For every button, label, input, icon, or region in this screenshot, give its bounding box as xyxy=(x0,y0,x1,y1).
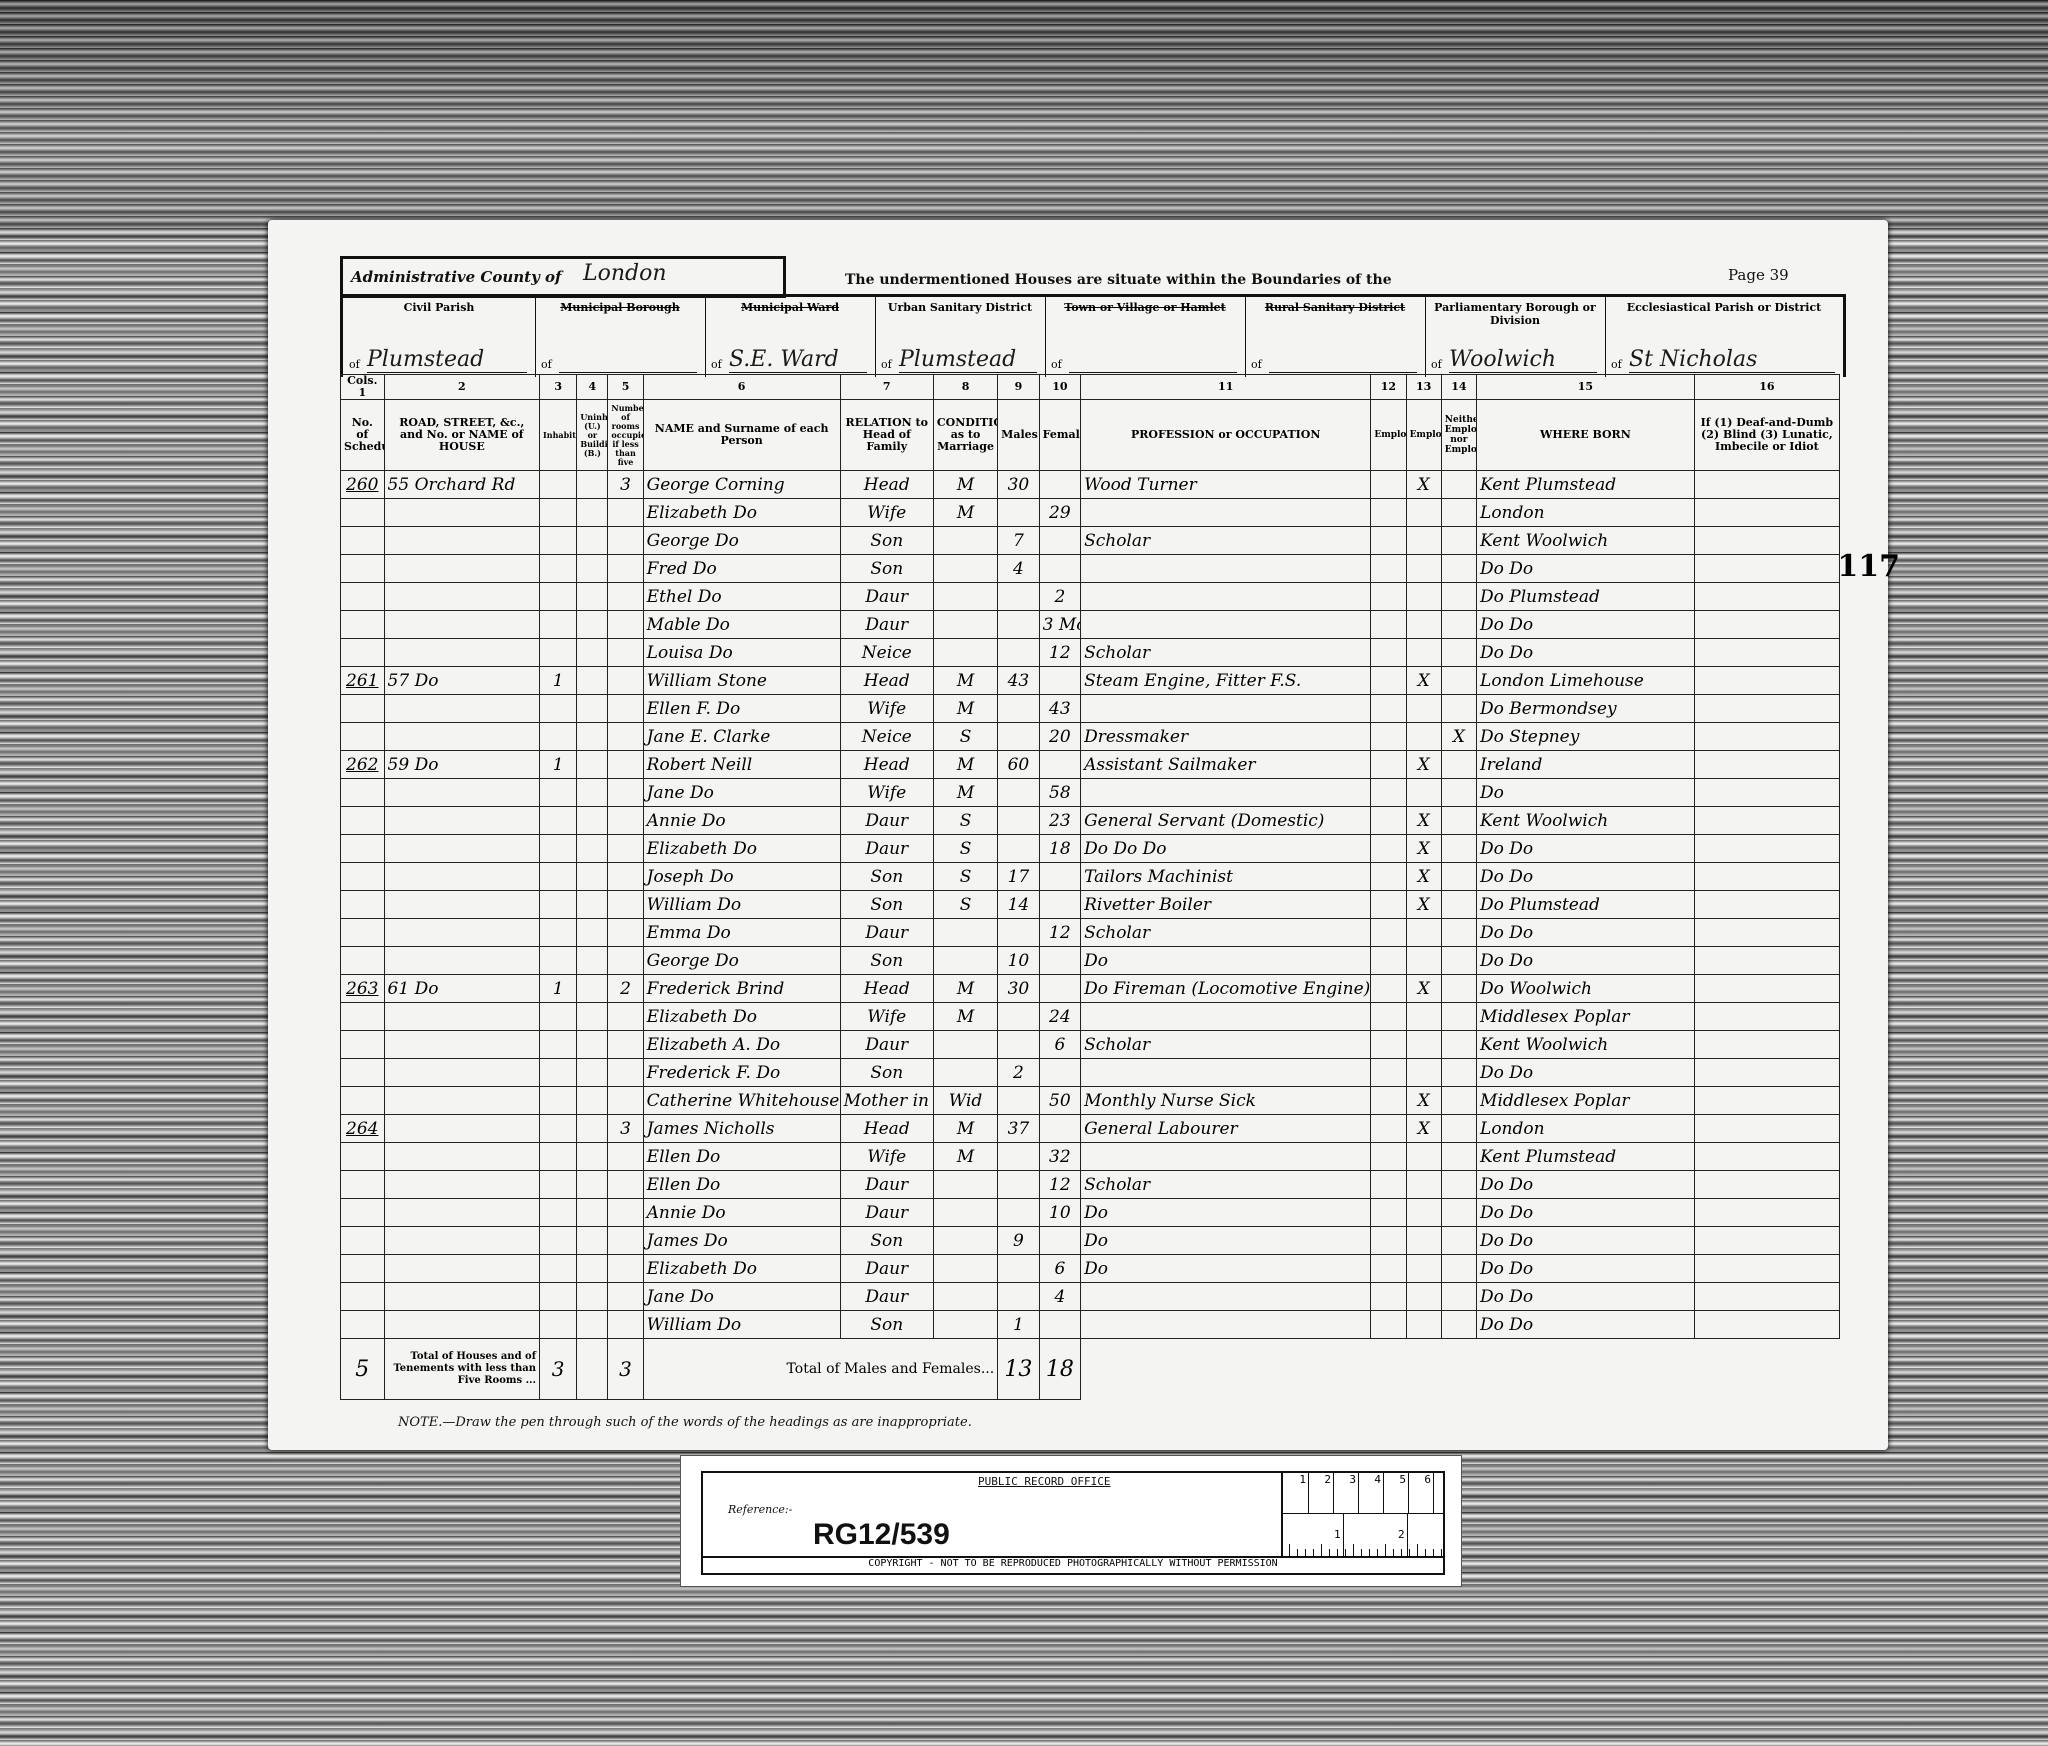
cell-condition xyxy=(933,919,997,947)
cell-occupation: Scholar xyxy=(1081,919,1371,947)
area-parliamentary-borough-or-division: Parliamentary Borough or DivisionofWoolw… xyxy=(1425,297,1606,377)
cell-born: London xyxy=(1477,1115,1695,1143)
cell-female-age xyxy=(1039,863,1080,891)
cell-employed xyxy=(1406,947,1441,975)
cell-infirmity xyxy=(1694,1059,1839,1087)
cell-condition xyxy=(933,1283,997,1311)
ruler-inch-label: 1 xyxy=(1334,1528,1341,1541)
cell-occupation xyxy=(1081,1003,1371,1031)
table-row: 2643James NichollsHeadM37General Laboure… xyxy=(341,1115,1840,1143)
cell-uninhabited xyxy=(577,1227,608,1255)
cell-name: Catherine Whitehouse xyxy=(643,1087,840,1115)
cell-born: Do Do xyxy=(1477,1283,1695,1311)
of-prefix: of xyxy=(1611,358,1622,371)
cell-male-age: 37 xyxy=(998,1115,1039,1143)
cell-neither xyxy=(1441,611,1476,639)
table-row: George DoSon7ScholarKent Woolwich xyxy=(341,527,1840,555)
cell-male-age xyxy=(998,1171,1039,1199)
cell-employer xyxy=(1371,1227,1406,1255)
area-label: Rural Sanitary District xyxy=(1245,301,1425,314)
cell-address xyxy=(384,695,539,723)
cell-born: Kent Woolwich xyxy=(1477,1031,1695,1059)
cell-name: Annie Do xyxy=(643,807,840,835)
of-prefix: of xyxy=(1251,358,1262,371)
cell-condition xyxy=(933,1199,997,1227)
cell-rooms xyxy=(608,611,643,639)
cell-schedule xyxy=(341,807,385,835)
cell-infirmity xyxy=(1694,1255,1839,1283)
cell-uninhabited xyxy=(577,667,608,695)
cell-female-age: 3 Mo xyxy=(1039,611,1080,639)
cell-occupation: Wood Turner xyxy=(1081,471,1371,499)
area-label: Ecclesiastical Parish or District xyxy=(1605,301,1843,314)
cell-rooms xyxy=(608,919,643,947)
cell-male-age: 43 xyxy=(998,667,1039,695)
cell-schedule xyxy=(341,1311,385,1339)
cell-address xyxy=(384,555,539,583)
cell-name: Elizabeth Do xyxy=(643,1255,840,1283)
cell-condition xyxy=(933,527,997,555)
area-label: Civil Parish xyxy=(343,301,535,314)
cell-uninhabited xyxy=(577,695,608,723)
cell-born: Do Do xyxy=(1477,1059,1695,1087)
cell-relation: Head xyxy=(840,751,933,779)
cell-infirmity xyxy=(1694,583,1839,611)
cell-female-age: 12 xyxy=(1039,1171,1080,1199)
table-row: Ellen DoWifeM32Kent Plumstead xyxy=(341,1143,1840,1171)
cell-female-age: 23 xyxy=(1039,807,1080,835)
cell-male-age: 7 xyxy=(998,527,1039,555)
cell-occupation: Steam Engine, Fitter F.S. xyxy=(1081,667,1371,695)
cell-uninhabited xyxy=(577,1171,608,1199)
cell-schedule: 264 xyxy=(341,1115,385,1143)
cell-inhabited xyxy=(540,695,577,723)
cell-employed xyxy=(1406,527,1441,555)
cell-employer xyxy=(1371,1283,1406,1311)
cell-uninhabited xyxy=(577,1199,608,1227)
cell-uninhabited xyxy=(577,807,608,835)
cell-condition xyxy=(933,1227,997,1255)
of-prefix: of xyxy=(711,358,722,371)
cell-born: Do Do xyxy=(1477,947,1695,975)
table-row: Elizabeth DoWifeM29London xyxy=(341,499,1840,527)
cell-inhabited xyxy=(540,1059,577,1087)
cell-inhabited xyxy=(540,835,577,863)
cell-relation: Son xyxy=(840,1311,933,1339)
cell-employed xyxy=(1406,919,1441,947)
cell-male-age xyxy=(998,1143,1039,1171)
cell-employer xyxy=(1371,1199,1406,1227)
cell-condition: M xyxy=(933,499,997,527)
table-row: Jane DoWifeM58Do xyxy=(341,779,1840,807)
cell-employed xyxy=(1406,555,1441,583)
of-prefix: of xyxy=(1051,358,1062,371)
column-headers-row: No. of ScheduleROAD, STREET, &c., and No… xyxy=(341,400,1840,471)
cell-employed xyxy=(1406,1059,1441,1087)
cell-address xyxy=(384,1003,539,1031)
area-label: Parliamentary Borough or Division xyxy=(1425,301,1605,327)
cell-relation: Daur xyxy=(840,1255,933,1283)
column-number: 3 xyxy=(540,375,577,400)
cell-schedule xyxy=(341,1003,385,1031)
total-inhabited: 3 xyxy=(540,1339,577,1400)
table-row: Elizabeth A. DoDaur6ScholarKent Woolwich xyxy=(341,1031,1840,1059)
cell-relation: Wife xyxy=(840,1143,933,1171)
column-header: ROAD, STREET, &c., and No. or NAME of HO… xyxy=(384,400,539,471)
cell-inhabited xyxy=(540,1227,577,1255)
cell-employed xyxy=(1406,723,1441,751)
of-prefix: of xyxy=(349,358,360,371)
cell-born: Kent Plumstead xyxy=(1477,1143,1695,1171)
cell-rooms xyxy=(608,1087,643,1115)
cell-schedule: 261 xyxy=(341,667,385,695)
cell-uninhabited xyxy=(577,975,608,1003)
cell-schedule xyxy=(341,1059,385,1087)
cell-inhabited xyxy=(540,1031,577,1059)
cell-employed xyxy=(1406,779,1441,807)
area-municipal-borough: Municipal Boroughof xyxy=(535,297,706,377)
table-row: 26259 Do1Robert NeillHeadM60Assistant Sa… xyxy=(341,751,1840,779)
cell-employed xyxy=(1406,1171,1441,1199)
cell-employer xyxy=(1371,975,1406,1003)
cell-rooms xyxy=(608,1283,643,1311)
cell-schedule xyxy=(341,863,385,891)
cell-occupation xyxy=(1081,1283,1371,1311)
cell-employed xyxy=(1406,1003,1441,1031)
cell-female-age xyxy=(1039,975,1080,1003)
cell-female-age: 18 xyxy=(1039,835,1080,863)
cell-employed: X xyxy=(1406,863,1441,891)
cell-condition xyxy=(933,1171,997,1199)
cell-schedule xyxy=(341,583,385,611)
cell-neither xyxy=(1441,583,1476,611)
cell-condition: M xyxy=(933,1143,997,1171)
cell-infirmity xyxy=(1694,555,1839,583)
cell-neither xyxy=(1441,751,1476,779)
cell-infirmity xyxy=(1694,527,1839,555)
cell-female-age: 29 xyxy=(1039,499,1080,527)
cell-address xyxy=(384,1283,539,1311)
table-row: Elizabeth DoDaurS18Do Do DoXDo Do xyxy=(341,835,1840,863)
cell-female-age: 4 xyxy=(1039,1283,1080,1311)
cell-infirmity xyxy=(1694,1227,1839,1255)
cell-employer xyxy=(1371,1143,1406,1171)
column-number: 6 xyxy=(643,375,840,400)
column-number: 16 xyxy=(1694,375,1839,400)
cell-male-age: 1 xyxy=(998,1311,1039,1339)
cell-born: Do Do xyxy=(1477,1171,1695,1199)
cell-rooms: 2 xyxy=(608,975,643,1003)
cell-inhabited: 1 xyxy=(540,667,577,695)
cell-uninhabited xyxy=(577,947,608,975)
cell-female-age xyxy=(1039,1311,1080,1339)
cell-occupation: Do xyxy=(1081,947,1371,975)
cell-occupation: Scholar xyxy=(1081,527,1371,555)
column-header: NAME and Surname of each Person xyxy=(643,400,840,471)
cell-name: Jane E. Clarke xyxy=(643,723,840,751)
cell-address: 59 Do xyxy=(384,751,539,779)
cell-infirmity xyxy=(1694,1311,1839,1339)
cell-male-age xyxy=(998,723,1039,751)
cell-occupation xyxy=(1081,1059,1371,1087)
cell-male-age xyxy=(998,695,1039,723)
cell-rooms xyxy=(608,499,643,527)
census-rows: 26055 Orchard Rd3George CorningHeadM30Wo… xyxy=(341,471,1840,1339)
cell-female-age: 32 xyxy=(1039,1143,1080,1171)
cell-uninhabited xyxy=(577,499,608,527)
cell-condition: M xyxy=(933,667,997,695)
cell-schedule xyxy=(341,891,385,919)
cell-employer xyxy=(1371,583,1406,611)
cell-neither xyxy=(1441,975,1476,1003)
cell-infirmity xyxy=(1694,639,1839,667)
cell-rooms xyxy=(608,751,643,779)
cell-address xyxy=(384,1115,539,1143)
column-number: 4 xyxy=(577,375,608,400)
cell-female-age xyxy=(1039,1115,1080,1143)
cell-condition: Wid xyxy=(933,1087,997,1115)
cell-uninhabited xyxy=(577,583,608,611)
cell-employed: X xyxy=(1406,975,1441,1003)
cell-condition xyxy=(933,555,997,583)
cell-inhabited xyxy=(540,471,577,499)
cell-address xyxy=(384,1171,539,1199)
cell-address: 61 Do xyxy=(384,975,539,1003)
cell-infirmity xyxy=(1694,919,1839,947)
cell-name: Jane Do xyxy=(643,1283,840,1311)
cell-occupation: Scholar xyxy=(1081,1031,1371,1059)
cell-employed xyxy=(1406,1255,1441,1283)
cell-employed xyxy=(1406,1199,1441,1227)
cell-employed: X xyxy=(1406,751,1441,779)
cell-rooms xyxy=(608,1143,643,1171)
area-label: Municipal Ward xyxy=(705,301,875,314)
cell-born: Kent Plumstead xyxy=(1477,471,1695,499)
cell-uninhabited xyxy=(577,1283,608,1311)
cell-female-age: 12 xyxy=(1039,919,1080,947)
cell-female-age xyxy=(1039,471,1080,499)
cell-infirmity xyxy=(1694,891,1839,919)
cell-neither xyxy=(1441,835,1476,863)
cell-employer xyxy=(1371,527,1406,555)
cell-relation: Son xyxy=(840,947,933,975)
cell-inhabited xyxy=(540,1171,577,1199)
cell-relation: Daur xyxy=(840,1171,933,1199)
cell-neither xyxy=(1441,1199,1476,1227)
cell-address xyxy=(384,1255,539,1283)
cell-occupation: Do xyxy=(1081,1199,1371,1227)
cell-relation: Neice xyxy=(840,723,933,751)
column-number: 11 xyxy=(1081,375,1371,400)
table-row: Louisa DoNeice12ScholarDo Do xyxy=(341,639,1840,667)
cell-male-age xyxy=(998,583,1039,611)
cell-rooms xyxy=(608,723,643,751)
cell-employer xyxy=(1371,667,1406,695)
cell-rooms xyxy=(608,1255,643,1283)
cell-female-age xyxy=(1039,1227,1080,1255)
table-row: Emma DoDaur12ScholarDo Do xyxy=(341,919,1840,947)
cell-occupation xyxy=(1081,1143,1371,1171)
cell-uninhabited xyxy=(577,723,608,751)
cell-born: Do Do xyxy=(1477,919,1695,947)
cell-name: Ellen Do xyxy=(643,1143,840,1171)
cell-address xyxy=(384,611,539,639)
cell-rooms xyxy=(608,1171,643,1199)
cell-name: Robert Neill xyxy=(643,751,840,779)
cell-occupation xyxy=(1081,555,1371,583)
cell-male-age xyxy=(998,499,1039,527)
cell-male-age xyxy=(998,611,1039,639)
column-number: 12 xyxy=(1371,375,1406,400)
table-row: 26361 Do12Frederick BrindHeadM30Do Firem… xyxy=(341,975,1840,1003)
cell-uninhabited xyxy=(577,1059,608,1087)
cell-name: William Stone xyxy=(643,667,840,695)
cell-relation: Daur xyxy=(840,1199,933,1227)
cell-female-age: 6 xyxy=(1039,1031,1080,1059)
cell-born: London Limehouse xyxy=(1477,667,1695,695)
cell-infirmity xyxy=(1694,1143,1839,1171)
cell-inhabited xyxy=(540,639,577,667)
cell-relation: Son xyxy=(840,527,933,555)
cell-inhabited xyxy=(540,1311,577,1339)
cell-employer xyxy=(1371,1115,1406,1143)
cell-neither xyxy=(1441,947,1476,975)
cell-neither xyxy=(1441,555,1476,583)
cell-employed: X xyxy=(1406,1115,1441,1143)
cell-occupation xyxy=(1081,779,1371,807)
cell-neither xyxy=(1441,1255,1476,1283)
of-prefix: of xyxy=(881,358,892,371)
cell-employed: X xyxy=(1406,891,1441,919)
table-row: Jane E. ClarkeNeiceS20DressmakerXDo Step… xyxy=(341,723,1840,751)
cell-address xyxy=(384,891,539,919)
cell-address xyxy=(384,919,539,947)
cell-inhabited: 1 xyxy=(540,751,577,779)
cell-occupation: Do Fireman (Locomotive Engine) xyxy=(1081,975,1371,1003)
total-males: 13 xyxy=(998,1339,1039,1400)
cell-address xyxy=(384,1199,539,1227)
cell-female-age: 2 xyxy=(1039,583,1080,611)
cell-born: Do Do xyxy=(1477,1311,1695,1339)
total-females: 18 xyxy=(1039,1339,1080,1400)
cell-male-age xyxy=(998,1283,1039,1311)
cell-occupation: Assistant Sailmaker xyxy=(1081,751,1371,779)
cell-inhabited xyxy=(540,1003,577,1031)
ruler-cm-mark: 1 xyxy=(1283,1473,1309,1513)
cell-name: Ellen F. Do xyxy=(643,695,840,723)
cell-address: 55 Orchard Rd xyxy=(384,471,539,499)
column-header: No. of Schedule xyxy=(341,400,385,471)
cell-address xyxy=(384,583,539,611)
cell-born: Do Plumstead xyxy=(1477,891,1695,919)
of-prefix: of xyxy=(541,358,552,371)
cell-uninhabited xyxy=(577,919,608,947)
cell-inhabited xyxy=(540,555,577,583)
cell-male-age xyxy=(998,1199,1039,1227)
cell-female-age xyxy=(1039,891,1080,919)
reference-prefix: Reference:- xyxy=(728,1503,792,1516)
table-row: Jane DoDaur4Do Do xyxy=(341,1283,1840,1311)
cell-infirmity xyxy=(1694,947,1839,975)
area-ecclesiastical-parish-or-district: Ecclesiastical Parish or DistrictofSt Ni… xyxy=(1605,297,1843,377)
cell-schedule xyxy=(341,695,385,723)
column-number: 2 xyxy=(384,375,539,400)
column-number: 10 xyxy=(1039,375,1080,400)
cell-condition xyxy=(933,583,997,611)
cell-address xyxy=(384,1087,539,1115)
cell-inhabited xyxy=(540,863,577,891)
cell-uninhabited xyxy=(577,863,608,891)
cell-address xyxy=(384,863,539,891)
cell-uninhabited xyxy=(577,835,608,863)
cell-female-age: 43 xyxy=(1039,695,1080,723)
cell-name: Elizabeth A. Do xyxy=(643,1031,840,1059)
cell-name: George Corning xyxy=(643,471,840,499)
area-urban-sanitary-district: Urban Sanitary DistrictofPlumstead xyxy=(875,297,1046,377)
cell-inhabited xyxy=(540,807,577,835)
cell-address xyxy=(384,1311,539,1339)
cell-name: Emma Do xyxy=(643,919,840,947)
of-prefix: of xyxy=(1431,358,1442,371)
cell-relation: Neice xyxy=(840,639,933,667)
cell-relation: Daur xyxy=(840,807,933,835)
cell-male-age: 9 xyxy=(998,1227,1039,1255)
cell-neither xyxy=(1441,1311,1476,1339)
cell-name: Jane Do xyxy=(643,779,840,807)
cell-schedule xyxy=(341,499,385,527)
cell-employed xyxy=(1406,499,1441,527)
cell-condition: M xyxy=(933,471,997,499)
cell-schedule xyxy=(341,1227,385,1255)
cell-inhabited xyxy=(540,779,577,807)
admin-county-label: Administrative County of xyxy=(351,268,561,286)
cell-relation: Head xyxy=(840,471,933,499)
table-row: Ellen DoDaur12ScholarDo Do xyxy=(341,1171,1840,1199)
cell-inhabited xyxy=(540,1199,577,1227)
cell-relation: Daur xyxy=(840,1283,933,1311)
cell-schedule xyxy=(341,527,385,555)
cell-female-age: 12 xyxy=(1039,639,1080,667)
cell-uninhabited xyxy=(577,555,608,583)
column-number: 14 xyxy=(1441,375,1476,400)
cell-infirmity xyxy=(1694,611,1839,639)
cell-occupation: Scholar xyxy=(1081,1171,1371,1199)
cell-employed: X xyxy=(1406,1087,1441,1115)
cell-neither xyxy=(1441,1031,1476,1059)
cell-neither xyxy=(1441,527,1476,555)
cell-rooms xyxy=(608,779,643,807)
cell-uninhabited xyxy=(577,779,608,807)
cell-employer xyxy=(1371,891,1406,919)
cell-born: Do Do xyxy=(1477,639,1695,667)
table-row: James DoSon9DoDo Do xyxy=(341,1227,1840,1255)
cell-relation: Daur xyxy=(840,919,933,947)
cell-inhabited xyxy=(540,891,577,919)
cell-schedule: 262 xyxy=(341,751,385,779)
column-header: CONDITION as to Marriage xyxy=(933,400,997,471)
cell-inhabited xyxy=(540,1255,577,1283)
column-number: Cols. 1 xyxy=(341,375,385,400)
cell-relation: Wife xyxy=(840,779,933,807)
cell-inhabited xyxy=(540,723,577,751)
cell-employer xyxy=(1371,695,1406,723)
column-header: Females xyxy=(1039,400,1080,471)
cell-condition: S xyxy=(933,891,997,919)
cell-male-age: 60 xyxy=(998,751,1039,779)
cell-employed xyxy=(1406,1283,1441,1311)
cell-neither xyxy=(1441,891,1476,919)
cell-rooms xyxy=(608,835,643,863)
